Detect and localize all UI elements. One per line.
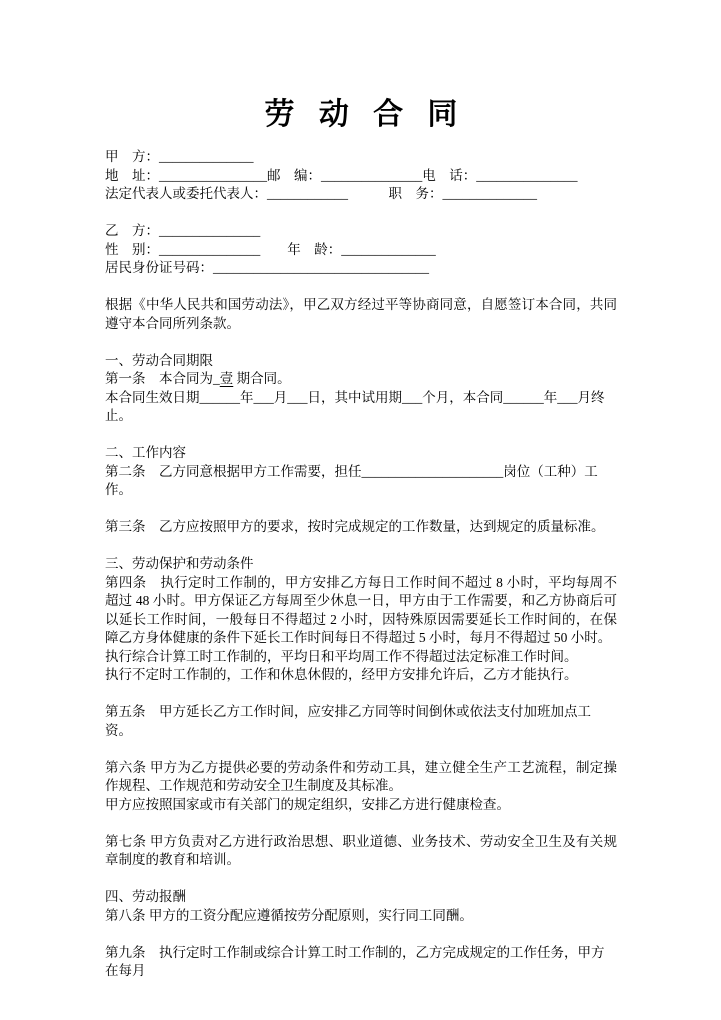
blank-line [105, 333, 617, 352]
party-a-rep-line: 法定代表人或委托代表人：____________ 职 务：___________… [105, 185, 617, 204]
blank-line [105, 685, 617, 704]
party-a-address-line: 地 址：________________邮 编：_______________电… [105, 167, 617, 186]
blank-line [105, 814, 617, 833]
clause-1-dates: 本合同生效日期______年___月___日，其中试用期___个月，本合同___… [105, 389, 617, 426]
clause-6-health: 甲方应按照国家或市有关部门的规定组织，安排乙方进行健康检查。 [105, 796, 617, 815]
clause-6: 第六条 甲方为乙方提供必要的劳动条件和劳动工具，建立健全生产工艺流程，制定操作规… [105, 759, 617, 796]
clause-4-flexible: 执行不定时工作制的，工作和休息休假的，经甲方安排允许后，乙方才能执行。 [105, 666, 617, 685]
clause-1-prefix: 第一条 本合同为_ [105, 371, 220, 386]
party-b-id-line: 居民身份证号码：________________________________ [105, 259, 617, 278]
clause-7: 第七条 甲方负责对乙方进行政治思想、职业道德、业务技术、劳动安全卫生及有关规章制… [105, 833, 617, 870]
clause-4-comprehensive: 执行综合计算工时工作制的，平均日和平均周工作不得超过法定标准工作时间。 [105, 648, 617, 667]
section-2-heading: 二、工作内容 [105, 444, 617, 463]
clause-8: 第八条 甲方的工资分配应遵循按劳分配原则，实行同工同酬。 [105, 907, 617, 926]
blank-line [105, 870, 617, 889]
clause-5: 第五条 甲方延长乙方工作时间，应安排乙方同等时间倒休或依法支付加班加点工资。 [105, 703, 617, 740]
blank-line [105, 740, 617, 759]
blank-line [105, 204, 617, 223]
party-a-name-line: 甲 方：______________ [105, 148, 617, 167]
clause-1-term: 壹 [220, 371, 234, 386]
blank-line [105, 925, 617, 944]
contract-page: 劳 动 合 同 甲 方：______________ 地 址：_________… [0, 0, 721, 1020]
blank-line [105, 500, 617, 519]
party-b-gender-age-line: 性 别：_______________ 年 龄：______________ [105, 241, 617, 260]
clause-1-suffix: 期合同。 [233, 371, 290, 386]
blank-line [105, 278, 617, 297]
clause-3: 第三条 乙方应按照甲方的要求，按时完成规定的工作数量，达到规定的质量标准。 [105, 518, 617, 537]
blank-line [105, 537, 617, 556]
preamble: 根据《中华人民共和国劳动法》，甲乙双方经过平等协商同意，自愿签订本合同，共同遵守… [105, 296, 617, 333]
clause-2: 第二条 乙方同意根据甲方工作需要，担任_____________________… [105, 463, 617, 500]
document-title: 劳 动 合 同 [105, 95, 617, 135]
section-3-heading: 三、劳动保护和劳动条件 [105, 555, 617, 574]
clause-1: 第一条 本合同为_壹 期合同。 [105, 370, 617, 389]
clause-4: 第四条 执行定时工作制的，甲方安排乙方每日工作时间不超过 8 小时，平均每周不超… [105, 574, 617, 648]
section-4-heading: 四、劳动报酬 [105, 888, 617, 907]
party-b-name-line: 乙 方：_______________ [105, 222, 617, 241]
section-1-heading: 一、劳动合同期限 [105, 352, 617, 371]
blank-line [105, 426, 617, 445]
clause-9: 第九条 执行定时工作制或综合计算工时工作制的，乙方完成规定的工作任务，甲方在每月 [105, 944, 617, 981]
